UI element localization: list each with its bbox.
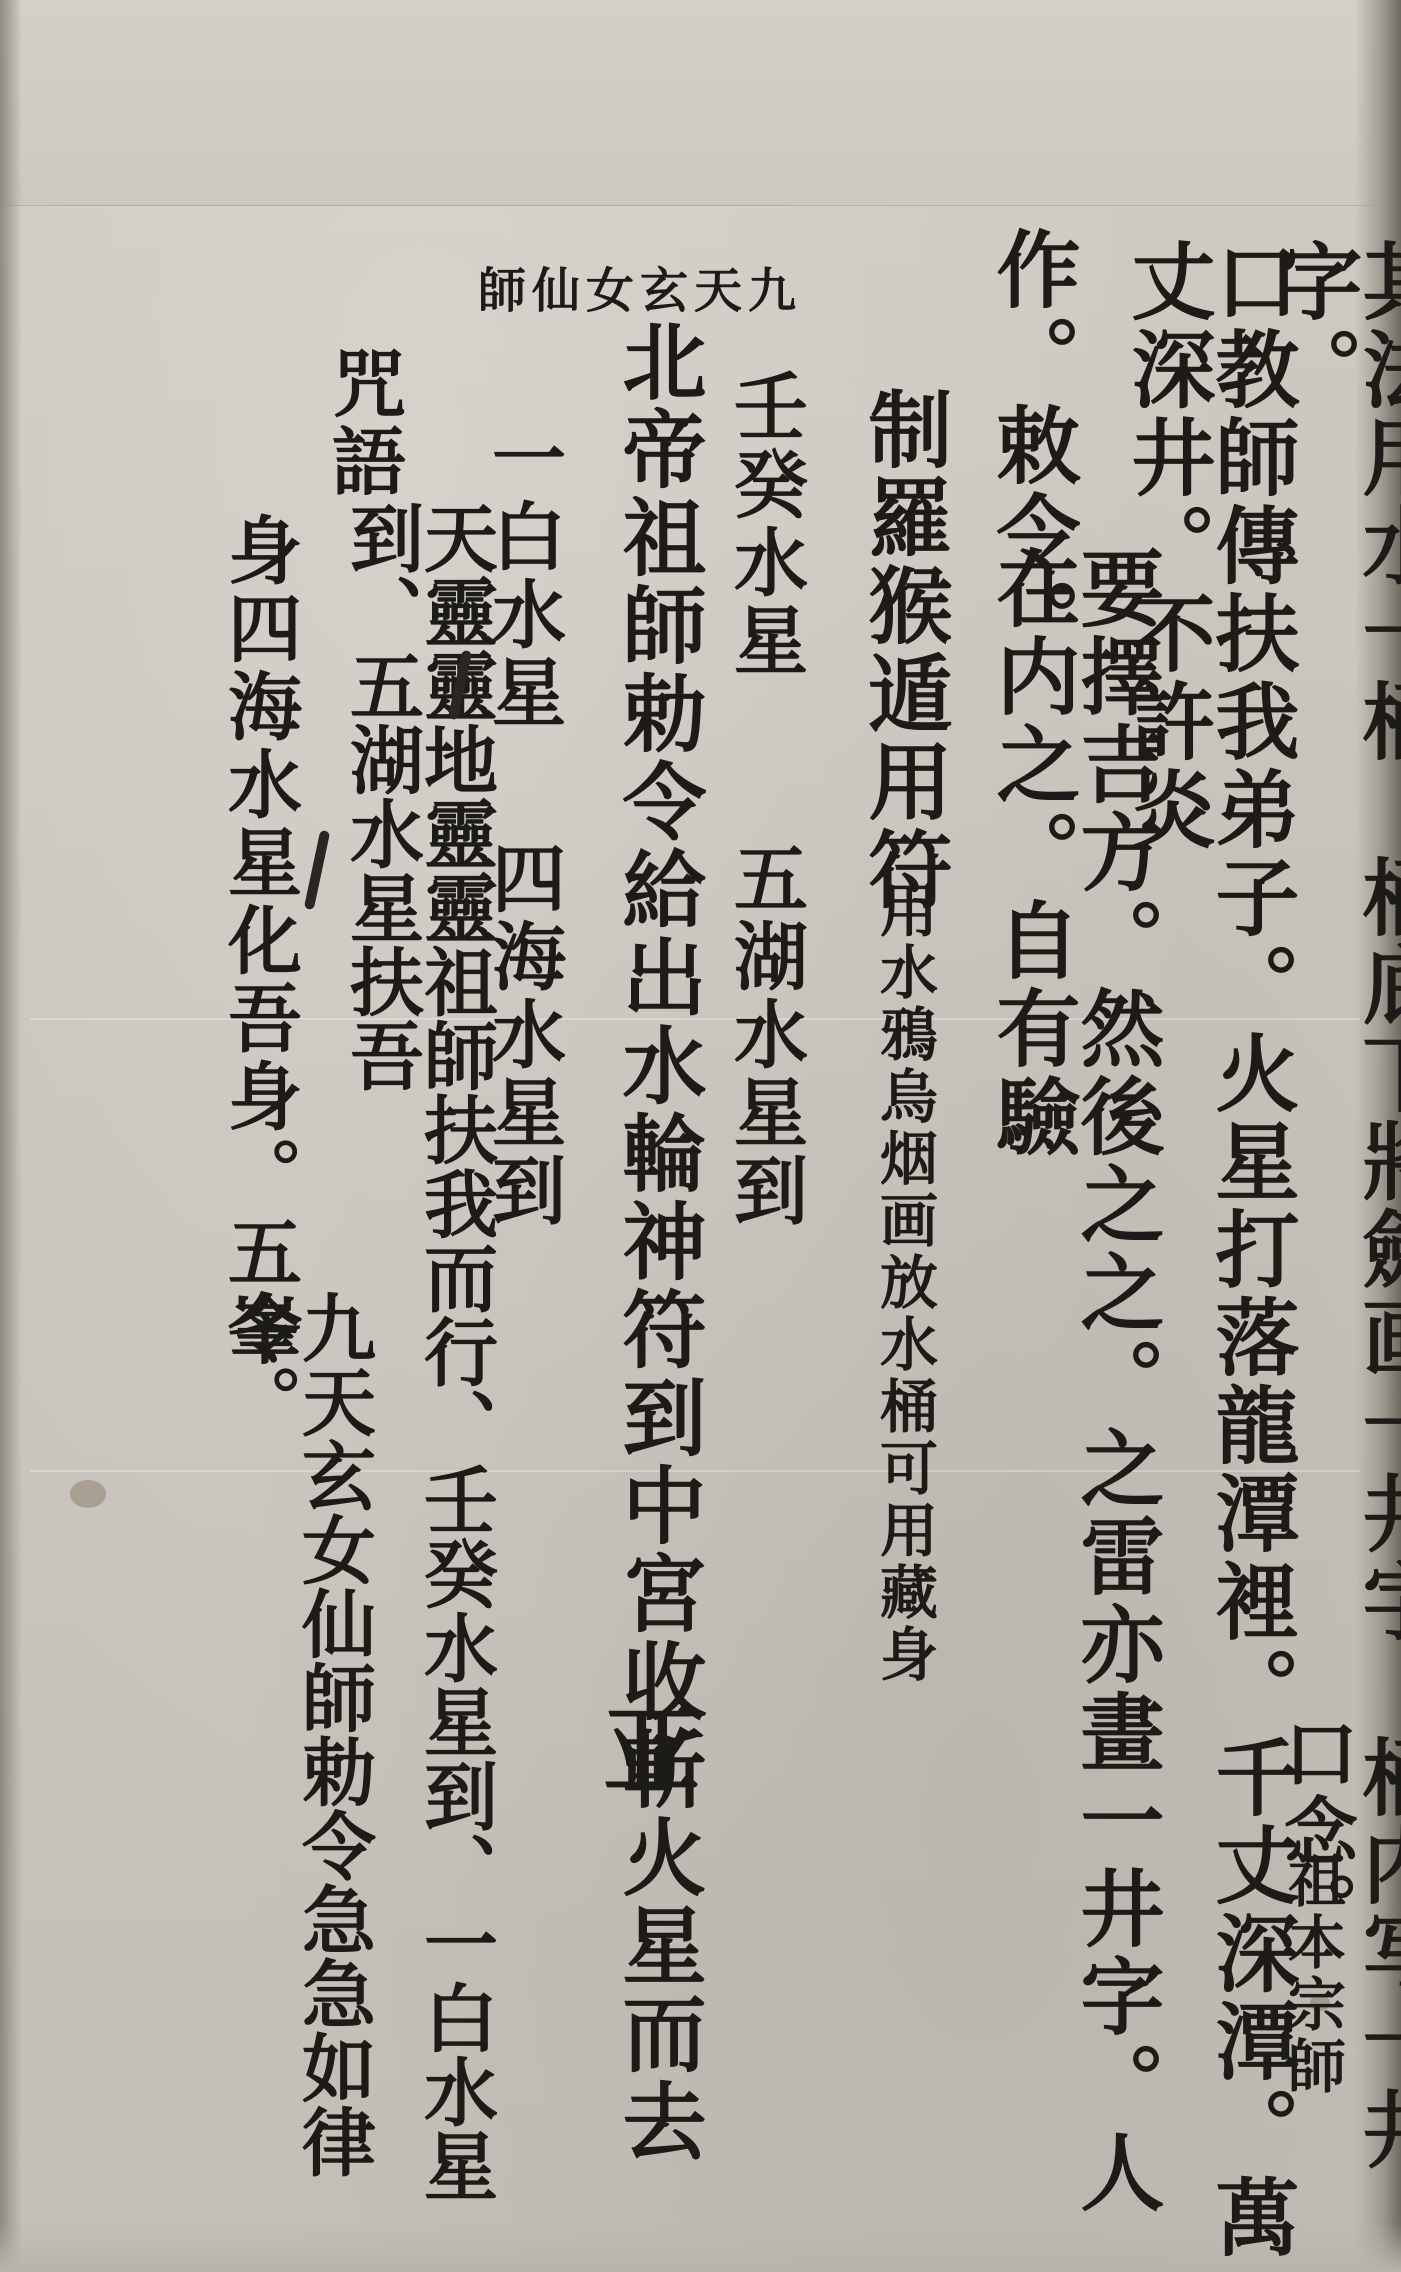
page-left-edge	[0, 0, 22, 2272]
brush-stroke-mark	[304, 830, 330, 910]
talisman-header: 九天玄女仙師	[478, 252, 802, 321]
page-top-margin	[0, 0, 1401, 206]
manuscript-page: 其法用水一桶。桶底下將劍画一井字。桶内写一井字。 口念。 祖本宗師 口教師傳扶我…	[0, 0, 1401, 2272]
talisman-center-command: 北帝祖師勅令給出水輪神符到中宮收斬火星而去	[616, 318, 700, 2166]
talisman-right-bottom: 五湖水星到	[728, 840, 802, 1230]
talisman-right-top: 壬癸水星	[728, 368, 802, 680]
incantation-closing: 九天玄女仙師勅令急急如律令。	[222, 1290, 370, 2272]
incantation-label: 咒語	[326, 345, 400, 501]
ink-stain	[70, 1480, 106, 1508]
column-4-title: 制羅猴遁用符	[862, 386, 946, 914]
column-3-main: 要擇吉方。然後之之。之雷亦畫一井字。人在内之。自有驗	[990, 545, 1158, 2272]
incantation-continuation: 身四海水星化吾身。五峯	[222, 512, 296, 1370]
talisman-seal-glyph: 亚	[596, 1700, 692, 1800]
column-4-instruction: 用水鴉烏烟画放水桶可用藏身	[875, 880, 933, 1686]
